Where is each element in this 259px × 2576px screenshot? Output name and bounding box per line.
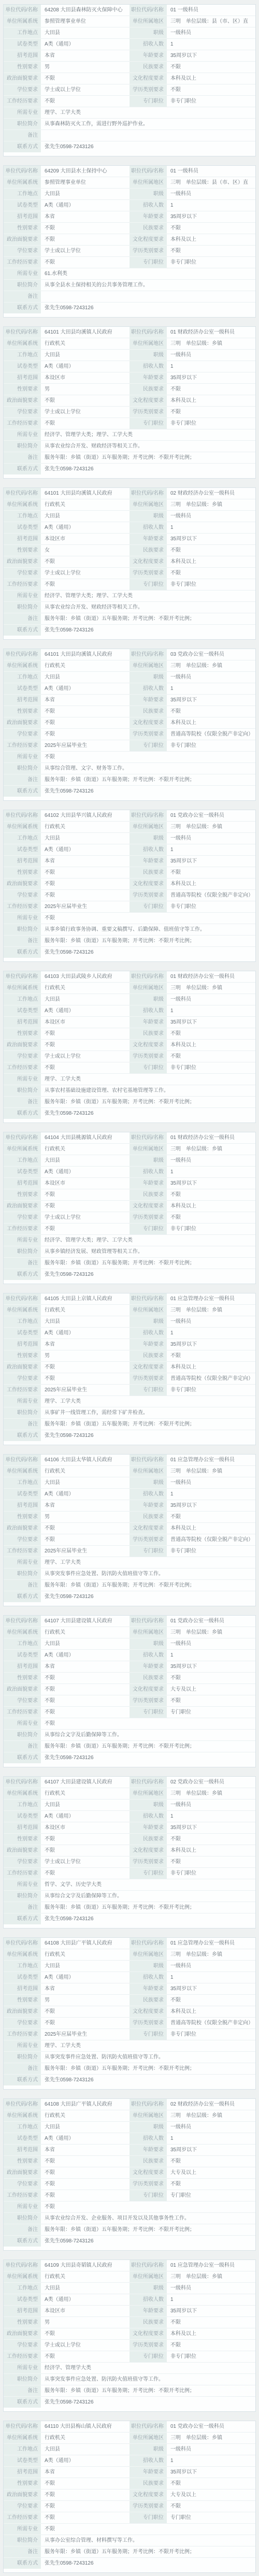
region-label: 单位所属地区 <box>129 1627 167 1638</box>
scope-value: 本省 <box>41 1500 129 1511</box>
contact-label: 联系方式 <box>4 2557 41 2569</box>
ethnicity-label: 民族要求 <box>129 1672 167 1683</box>
edu-category-label: 学历类别要求 <box>129 1050 167 1062</box>
education-value: 本科及以上 <box>167 1845 255 1856</box>
scope-value: 本省 <box>41 2144 129 2155</box>
scope-value: 本省 <box>41 2466 129 2478</box>
work-exp-label: 工作经历要求 <box>4 1545 41 1557</box>
unit-code-label: 单位代码/名称 <box>4 649 41 660</box>
rank-label: 职级 <box>129 1638 167 1649</box>
political-label: 政治面貌要求 <box>4 395 41 406</box>
job-intro-value: 从事综合管理、文字、财务等工作。 <box>41 762 255 774</box>
edu-category-label: 学历类别要求 <box>129 245 167 256</box>
education-value: 本科及以上 <box>167 1039 255 1050</box>
exam-type-label: 试卷类型 <box>4 2455 41 2466</box>
rank-label: 职级 <box>129 1960 167 1971</box>
contact-value: 张先生0598-7243126 <box>41 624 255 636</box>
job-intro-label: 职位简介 <box>4 2373 41 2385</box>
political-value: 不限 <box>41 2167 129 2178</box>
edu-category-value: 不限 <box>167 567 255 579</box>
exam-type-label: 试卷类型 <box>4 38 41 50</box>
work-exp-label: 工作经历要求 <box>4 256 41 268</box>
headcount-value: 1 <box>167 1810 255 1822</box>
remark-value: 服务年限：乡镇（街道）五年服务期；开考比例：不限开考比例； <box>41 452 255 463</box>
gender-label: 性别要求 <box>4 1350 41 1361</box>
work-exp-label: 工作经历要求 <box>4 1223 41 1234</box>
contact-label: 联系方式 <box>4 2235 41 2247</box>
degree-label: 学位要求 <box>4 245 41 256</box>
major-label: 所需专业 <box>4 2201 41 2212</box>
major-label: 所需专业 <box>4 2040 41 2051</box>
major-value: 经济学、管理学大类 <box>41 2362 255 2373</box>
major-value: 不限 <box>41 2523 255 2535</box>
region-value: 三明 单位层级：乡镇 <box>167 982 255 994</box>
degree-label: 学位要求 <box>4 84 41 95</box>
remark-value: 服务年限：乡镇（街道）五年服务期；开考比例：不限开考比例； <box>41 2063 255 2074</box>
special-post-label: 专门职位 <box>129 901 167 912</box>
unit-name-value: 64109 大田县奇韬镇人民政府 <box>41 2260 129 2271</box>
job-posting-card: 单位代码/名称 64103 大田县武陵乡人民政府 职位代码/名称 01 财政经济… <box>3 971 256 1123</box>
major-label: 所需专业 <box>4 912 41 924</box>
edu-category-label: 学历类别要求 <box>129 2017 167 2028</box>
education-value: 本科及以上 <box>167 395 255 406</box>
education-label: 文化程度要求 <box>129 717 167 728</box>
education-value: 本科及以上 <box>167 717 255 728</box>
education-label: 文化程度要求 <box>129 1845 167 1856</box>
headcount-label: 招收人数 <box>129 1649 167 1661</box>
edu-category-label: 学历类别要求 <box>129 2178 167 2190</box>
edu-category-label: 学历类别要求 <box>129 2339 167 2351</box>
unit-name-value: 64108 大田县广平镇人民政府 <box>41 1938 129 1949</box>
education-label: 文化程度要求 <box>129 2328 167 2339</box>
degree-value: 不限 <box>41 2500 129 2512</box>
exam-type-value: A类（通用） <box>41 1649 129 1661</box>
education-label: 文化程度要求 <box>129 556 167 567</box>
work-exp-value: 不限 <box>41 95 129 107</box>
special-post-label: 专门职位 <box>129 95 167 107</box>
work-exp-value: 2025年应届毕业生 <box>41 1545 129 1557</box>
job-intro-value: 从事综合文字及后勤保障等工作。 <box>41 1890 255 1902</box>
system-value: 行政机关 <box>41 2271 129 2282</box>
workplace-value: 大田县 <box>41 671 129 683</box>
exam-type-label: 试卷类型 <box>4 683 41 694</box>
region-value: 三明 单位层级：乡镇 <box>167 821 255 832</box>
ethnicity-value: 不限 <box>167 867 255 878</box>
position-code-label: 职位代码/名称 <box>129 5 167 16</box>
system-value: 参照管理事业单位 <box>41 177 129 188</box>
political-label: 政治面貌要求 <box>4 234 41 245</box>
age-value: 35周岁以下 <box>167 372 255 383</box>
job-posting-card: 单位代码/名称 64101 大田县均溪镇人民政府 职位代码/名称 03 党政办公… <box>3 649 256 801</box>
job-posting-card: 单位代码/名称 64105 大田县上京镇人民政府 职位代码/名称 01 应急管理… <box>3 1293 256 1445</box>
position-code-label: 职位代码/名称 <box>129 649 167 660</box>
gender-label: 性别要求 <box>4 1833 41 1845</box>
exam-type-label: 试卷类型 <box>4 1971 41 1983</box>
ethnicity-label: 民族要求 <box>129 61 167 73</box>
remark-value <box>41 291 255 302</box>
gender-label: 性别要求 <box>4 544 41 556</box>
gender-label: 性别要求 <box>4 222 41 234</box>
region-value: 三明 单位层级：乡镇 <box>167 660 255 671</box>
age-label: 年龄要求 <box>129 211 167 222</box>
scope-label: 招考范围 <box>4 533 41 544</box>
work-exp-label: 工作经历要求 <box>4 1062 41 1073</box>
workplace-label: 工作地点 <box>4 1960 41 1971</box>
special-post-value: 非专门职位 <box>167 579 255 590</box>
workplace-value: 大田县 <box>41 1477 129 1488</box>
special-post-value: 非专门职位 <box>167 2351 255 2362</box>
gender-value: 男 <box>41 61 129 73</box>
unit-name-value: 64101 大田县均溪镇人民政府 <box>41 649 129 660</box>
headcount-label: 招收人数 <box>129 1166 167 1177</box>
job-intro-value: 从事综合文字及后勤保障等工作。 <box>41 1729 255 1740</box>
region-label: 单位所属地区 <box>129 660 167 671</box>
ethnicity-value: 不限 <box>167 222 255 234</box>
system-value: 参照管理事业单位 <box>41 16 129 27</box>
remark-label: 备注 <box>4 2385 41 2396</box>
political-value: 不限 <box>41 1683 129 1695</box>
major-label: 所需专业 <box>4 1879 41 1890</box>
work-exp-value: 不限 <box>41 1062 129 1073</box>
age-label: 年龄要求 <box>129 533 167 544</box>
ethnicity-label: 民族要求 <box>129 1028 167 1039</box>
rank-label: 职级 <box>129 832 167 844</box>
gender-value: 男 <box>41 383 129 395</box>
political-label: 政治面貌要求 <box>4 556 41 567</box>
political-value: 不限 <box>41 1522 129 1534</box>
region-value: 三明 单位层级：乡镇 <box>167 1627 255 1638</box>
age-value: 35周岁以下 <box>167 694 255 706</box>
job-intro-label: 职位简介 <box>4 762 41 774</box>
degree-value: 不限 <box>41 1695 129 1706</box>
exam-type-label: 试卷类型 <box>4 2133 41 2144</box>
system-label: 单位所属系统 <box>4 1627 41 1638</box>
education-label: 文化程度要求 <box>129 2489 167 2500</box>
age-label: 年龄要求 <box>129 1016 167 1028</box>
contact-label: 联系方式 <box>4 2396 41 2408</box>
ethnicity-value: 不限 <box>167 706 255 717</box>
scope-value: 本省 <box>41 50 129 61</box>
workplace-label: 工作地点 <box>4 27 41 38</box>
edu-category-value: 普通高等院校（仅限全脱产非定向） <box>167 1373 255 1384</box>
degree-value: 学士或以上学位 <box>41 406 129 418</box>
age-value: 35周岁以下 <box>167 533 255 544</box>
ethnicity-value: 不限 <box>167 544 255 556</box>
contact-value: 张先生0598-7243126 <box>41 2396 255 2408</box>
edu-category-value: 不限 <box>167 245 255 256</box>
political-label: 政治面貌要求 <box>4 1039 41 1050</box>
system-value: 行政机关 <box>41 2432 129 2443</box>
remark-value: 服务年限：乡镇（街道）五年服务期；开考比例：不限开考比例； <box>41 1740 255 1752</box>
job-posting-card: 单位代码/名称 64101 大田县均溪镇人民政府 职位代码/名称 02 财政经济… <box>3 487 256 640</box>
job-intro-value: 从事突发事件应急处置、防汛防火值班值守等工作。 <box>41 1568 255 1579</box>
political-label: 政治面貌要求 <box>4 1361 41 1373</box>
major-label: 所需专业 <box>4 107 41 118</box>
contact-value: 张先生0598-7243126 <box>41 785 255 797</box>
headcount-value: 1 <box>167 522 255 533</box>
degree-value: 学士或以上学位 <box>41 245 129 256</box>
position-name-value: 01 党政办公室一级科员 <box>167 810 255 821</box>
job-intro-value: 从事农村基础设施建设管理、农村宅基地管理等工作。 <box>41 1085 255 1096</box>
special-post-value: 专门职位 <box>167 2190 255 2201</box>
special-post-value: 非专门职位 <box>167 1545 255 1557</box>
exam-type-label: 试卷类型 <box>4 844 41 855</box>
system-label: 单位所属系统 <box>4 660 41 671</box>
system-label: 单位所属系统 <box>4 1143 41 1155</box>
headcount-label: 招收人数 <box>129 38 167 50</box>
region-label: 单位所属地区 <box>129 2271 167 2282</box>
exam-type-label: 试卷类型 <box>4 2294 41 2305</box>
job-posting-card: 单位代码/名称 64102 大田县华兴镇人民政府 职位代码/名称 01 党政办公… <box>3 810 256 962</box>
major-value: 哲学、文学、历史学大类 <box>41 1879 255 1890</box>
headcount-label: 招收人数 <box>129 683 167 694</box>
degree-label: 学位要求 <box>4 889 41 901</box>
scope-label: 招考范围 <box>4 1500 41 1511</box>
scope-value: 本省 <box>41 1983 129 1994</box>
contact-value: 张先生0598-7243126 <box>41 302 255 313</box>
age-label: 年龄要求 <box>129 2144 167 2155</box>
work-exp-value: 不限 <box>41 1867 129 1879</box>
workplace-value: 大田县 <box>41 1155 129 1166</box>
region-value: 三明 单位层级：乡镇 <box>167 2110 255 2121</box>
edu-category-label: 学历类别要求 <box>129 406 167 418</box>
education-value: 大专及以上 <box>167 2167 255 2178</box>
headcount-label: 招收人数 <box>129 361 167 372</box>
gender-value: 不限 <box>41 1672 129 1683</box>
degree-label: 学位要求 <box>4 1695 41 1706</box>
contact-value: 张先生0598-7243126 <box>41 463 255 474</box>
rank-value: 一级科员 <box>167 188 255 199</box>
degree-label: 学位要求 <box>4 406 41 418</box>
political-value: 不限 <box>41 1200 129 1212</box>
unit-name-value: 64106 大田县太华镇人民政府 <box>41 1455 129 1465</box>
contact-label: 联系方式 <box>4 1913 41 1924</box>
position-name-value: 01 一级科员 <box>167 5 255 16</box>
gender-value: 女 <box>41 544 129 556</box>
workplace-label: 工作地点 <box>4 349 41 361</box>
exam-type-label: 试卷类型 <box>4 1488 41 1500</box>
work-exp-label: 工作经历要求 <box>4 2190 41 2201</box>
system-value: 行政机关 <box>41 821 129 832</box>
remark-label: 备注 <box>4 2224 41 2235</box>
ethnicity-label: 民族要求 <box>129 1833 167 1845</box>
position-code-label: 职位代码/名称 <box>129 2099 167 2110</box>
rank-value: 一级科员 <box>167 27 255 38</box>
system-value: 行政机关 <box>41 338 129 349</box>
position-name-value: 01 一级科员 <box>167 166 255 177</box>
workplace-value: 大田县 <box>41 832 129 844</box>
scope-value: 本设区市 <box>41 1016 129 1028</box>
edu-category-value: 不限 <box>167 1856 255 1867</box>
headcount-label: 招收人数 <box>129 199 167 211</box>
scope-label: 招考范围 <box>4 2466 41 2478</box>
scope-label: 招考范围 <box>4 1016 41 1028</box>
special-post-label: 专门职位 <box>129 1706 167 1718</box>
contact-value: 张先生0598-7243126 <box>41 946 255 958</box>
remark-value: 服务年限：乡镇（街道）五年服务期；开考比例：不限开考比例； <box>41 2546 255 2557</box>
political-value: 不限 <box>41 2328 129 2339</box>
position-code-label: 职位代码/名称 <box>129 1616 167 1627</box>
major-value: 不限 <box>41 912 255 924</box>
edu-category-label: 学历类别要求 <box>129 567 167 579</box>
workplace-label: 工作地点 <box>4 994 41 1005</box>
job-posting-card: 单位代码/名称 64109 大田县奇韬镇人民政府 职位代码/名称 01 应急管理… <box>3 2260 256 2412</box>
ethnicity-value: 不限 <box>167 2316 255 2328</box>
rank-value: 一级科员 <box>167 1155 255 1166</box>
job-intro-label: 职位简介 <box>4 2535 41 2546</box>
remark-value: 服务年限：乡镇（街道）五年服务期；开考比例：不限开考比例； <box>41 1257 255 1269</box>
degree-label: 学位要求 <box>4 1373 41 1384</box>
special-post-value: 非专门职位 <box>167 1223 255 1234</box>
age-label: 年龄要求 <box>129 2305 167 2316</box>
exam-type-label: 试卷类型 <box>4 199 41 211</box>
contact-label: 联系方式 <box>4 1107 41 1119</box>
region-label: 单位所属地区 <box>129 1143 167 1155</box>
education-label: 文化程度要求 <box>129 234 167 245</box>
edu-category-value: 不限 <box>167 1212 255 1223</box>
rank-label: 职级 <box>129 1316 167 1327</box>
job-posting-card: 单位代码/名称 64110 大田县梅山镇人民政府 职位代码/名称 01 党政办公… <box>3 2421 256 2573</box>
region-value: 三明 单位层级：乡镇 <box>167 2271 255 2282</box>
special-post-value: 专门职位 <box>167 2512 255 2523</box>
remark-label: 备注 <box>4 129 41 141</box>
education-label: 文化程度要求 <box>129 395 167 406</box>
workplace-value: 大田县 <box>41 1316 129 1327</box>
degree-value: 学士或以上学位 <box>41 1856 129 1867</box>
major-label: 所需专业 <box>4 1718 41 1729</box>
political-label: 政治面貌要求 <box>4 73 41 84</box>
special-post-label: 专门职位 <box>129 256 167 268</box>
job-intro-value: 从事农业综合开发、企业服务、项目开发以及其他事务性工作。 <box>41 2212 255 2224</box>
special-post-label: 专门职位 <box>129 1223 167 1234</box>
gender-value: 不限 <box>41 2155 129 2167</box>
system-label: 单位所属系统 <box>4 982 41 994</box>
position-name-value: 01 党政办公室一级科员 <box>167 1616 255 1627</box>
unit-name-value: 64209 大田县水土保持中心 <box>41 166 129 177</box>
contact-value: 张先生0598-7243126 <box>41 1591 255 1602</box>
special-post-value: 非专门职位 <box>167 2028 255 2040</box>
political-value: 不限 <box>41 1845 129 1856</box>
region-value: 三明 单位层级：县（市、区）直 <box>167 16 255 27</box>
region-value: 三明 单位层级：乡镇 <box>167 338 255 349</box>
remark-value: 服务年限：乡镇（街道）五年服务期；开考比例：不限开考比例； <box>41 1096 255 1107</box>
major-value: 经济学、管理学大类；理学、工学大类 <box>41 590 255 601</box>
degree-value: 不限 <box>41 889 129 901</box>
age-value: 35周岁以下 <box>167 1661 255 1672</box>
system-value: 行政机关 <box>41 499 129 510</box>
job-intro-value: 从事办公室综合管理、材料撰写等工作。 <box>41 2535 255 2546</box>
region-label: 单位所属地区 <box>129 982 167 994</box>
unit-code-label: 单位代码/名称 <box>4 1938 41 1949</box>
age-value: 35周岁以下 <box>167 2144 255 2155</box>
major-value: 61.水利类 <box>41 268 255 279</box>
ethnicity-value: 不限 <box>167 2155 255 2167</box>
position-code-label: 职位代码/名称 <box>129 488 167 499</box>
unit-name-value: 64108 大田县广平镇人民政府 <box>41 2099 129 2110</box>
system-value: 行政机关 <box>41 1143 129 1155</box>
age-value: 35周岁以下 <box>167 2305 255 2316</box>
position-code-label: 职位代码/名称 <box>129 2260 167 2271</box>
system-label: 单位所属系统 <box>4 2432 41 2443</box>
headcount-value: 1 <box>167 38 255 50</box>
political-label: 政治面貌要求 <box>4 1522 41 1534</box>
remark-label: 备注 <box>4 2546 41 2557</box>
ethnicity-value: 不限 <box>167 383 255 395</box>
rank-label: 职级 <box>129 1155 167 1166</box>
unit-code-label: 单位代码/名称 <box>4 1777 41 1788</box>
job-intro-value: 从事突发事件应急处置、防汛防火值班值守等工作。 <box>41 2373 255 2385</box>
job-intro-label: 职位简介 <box>4 601 41 613</box>
education-label: 文化程度要求 <box>129 1039 167 1050</box>
unit-name-value: 64101 大田县均溪镇人民政府 <box>41 488 129 499</box>
remark-value: 服务年限：乡镇（街道）五年服务期；开考比例：不限开考比例； <box>41 2385 255 2396</box>
contact-value: 张先生0598-7243126 <box>41 1107 255 1119</box>
system-value: 行政机关 <box>41 1949 129 1960</box>
remark-label: 备注 <box>4 2063 41 2074</box>
ethnicity-value: 不限 <box>167 2478 255 2489</box>
system-label: 单位所属系统 <box>4 1304 41 1316</box>
headcount-label: 招收人数 <box>129 2455 167 2466</box>
region-value: 三明 单位层级：乡镇 <box>167 1949 255 1960</box>
edu-category-value: 不限 <box>167 1050 255 1062</box>
region-label: 单位所属地区 <box>129 1304 167 1316</box>
job-intro-label: 职位简介 <box>4 2212 41 2224</box>
remark-label: 备注 <box>4 1579 41 1591</box>
job-posting-card: 单位代码/名称 64108 大田县广平镇人民政府 职位代码/名称 02 财政经济… <box>3 2098 256 2251</box>
edu-category-value: 普通高等院校（仅限全脱产非定向） <box>167 728 255 740</box>
position-name-value: 01 财政经济办公室一级科员 <box>167 971 255 982</box>
region-value: 三明 单位层级：乡镇 <box>167 1788 255 1799</box>
position-name-value: 03 党政办公室一级科员 <box>167 649 255 660</box>
education-value: 本科及以上 <box>167 556 255 567</box>
degree-label: 学位要求 <box>4 1856 41 1867</box>
unit-code-label: 单位代码/名称 <box>4 488 41 499</box>
scope-value: 本省 <box>41 1339 129 1350</box>
work-exp-value: 不限 <box>41 1223 129 1234</box>
unit-name-value: 64107 大田县建设镇人民政府 <box>41 1777 129 1788</box>
degree-label: 学位要求 <box>4 2178 41 2190</box>
remark-label: 备注 <box>4 613 41 624</box>
age-value: 35周岁以下 <box>167 1983 255 1994</box>
position-code-label: 职位代码/名称 <box>129 1777 167 1788</box>
edu-category-label: 学历类别要求 <box>129 2500 167 2512</box>
rank-value: 一级科员 <box>167 994 255 1005</box>
job-intro-value: 从事矿井一线管理工作，需经常下矿井检查。 <box>41 1407 255 1418</box>
special-post-label: 专门职位 <box>129 1545 167 1557</box>
education-value: 大专及以上 <box>167 1683 255 1695</box>
degree-value: 学士或以上学位 <box>41 1212 129 1223</box>
age-label: 年龄要求 <box>129 1500 167 1511</box>
rank-value: 一级科员 <box>167 1638 255 1649</box>
age-value: 35周岁以下 <box>167 211 255 222</box>
political-label: 政治面貌要求 <box>4 2167 41 2178</box>
gender-value: 不限 <box>41 1028 129 1039</box>
rank-label: 职级 <box>129 671 167 683</box>
job-intro-value: 从事乡镇经济发展、财政管理等相关工作。 <box>41 1246 255 1257</box>
contact-label: 联系方式 <box>4 1430 41 1441</box>
contact-label: 联系方式 <box>4 1752 41 1763</box>
age-label: 年龄要求 <box>129 2466 167 2478</box>
political-label: 政治面貌要求 <box>4 2328 41 2339</box>
workplace-label: 工作地点 <box>4 2282 41 2294</box>
work-exp-value: 不限 <box>41 418 129 429</box>
headcount-value: 1 <box>167 2455 255 2466</box>
job-posting-card: 单位代码/名称 64107 大田县建设镇人民政府 职位代码/名称 01 党政办公… <box>3 1615 256 1767</box>
work-exp-label: 工作经历要求 <box>4 95 41 107</box>
rank-label: 职级 <box>129 510 167 522</box>
major-label: 所需专业 <box>4 1395 41 1407</box>
major-value: 理学、工学大类 <box>41 1395 255 1407</box>
